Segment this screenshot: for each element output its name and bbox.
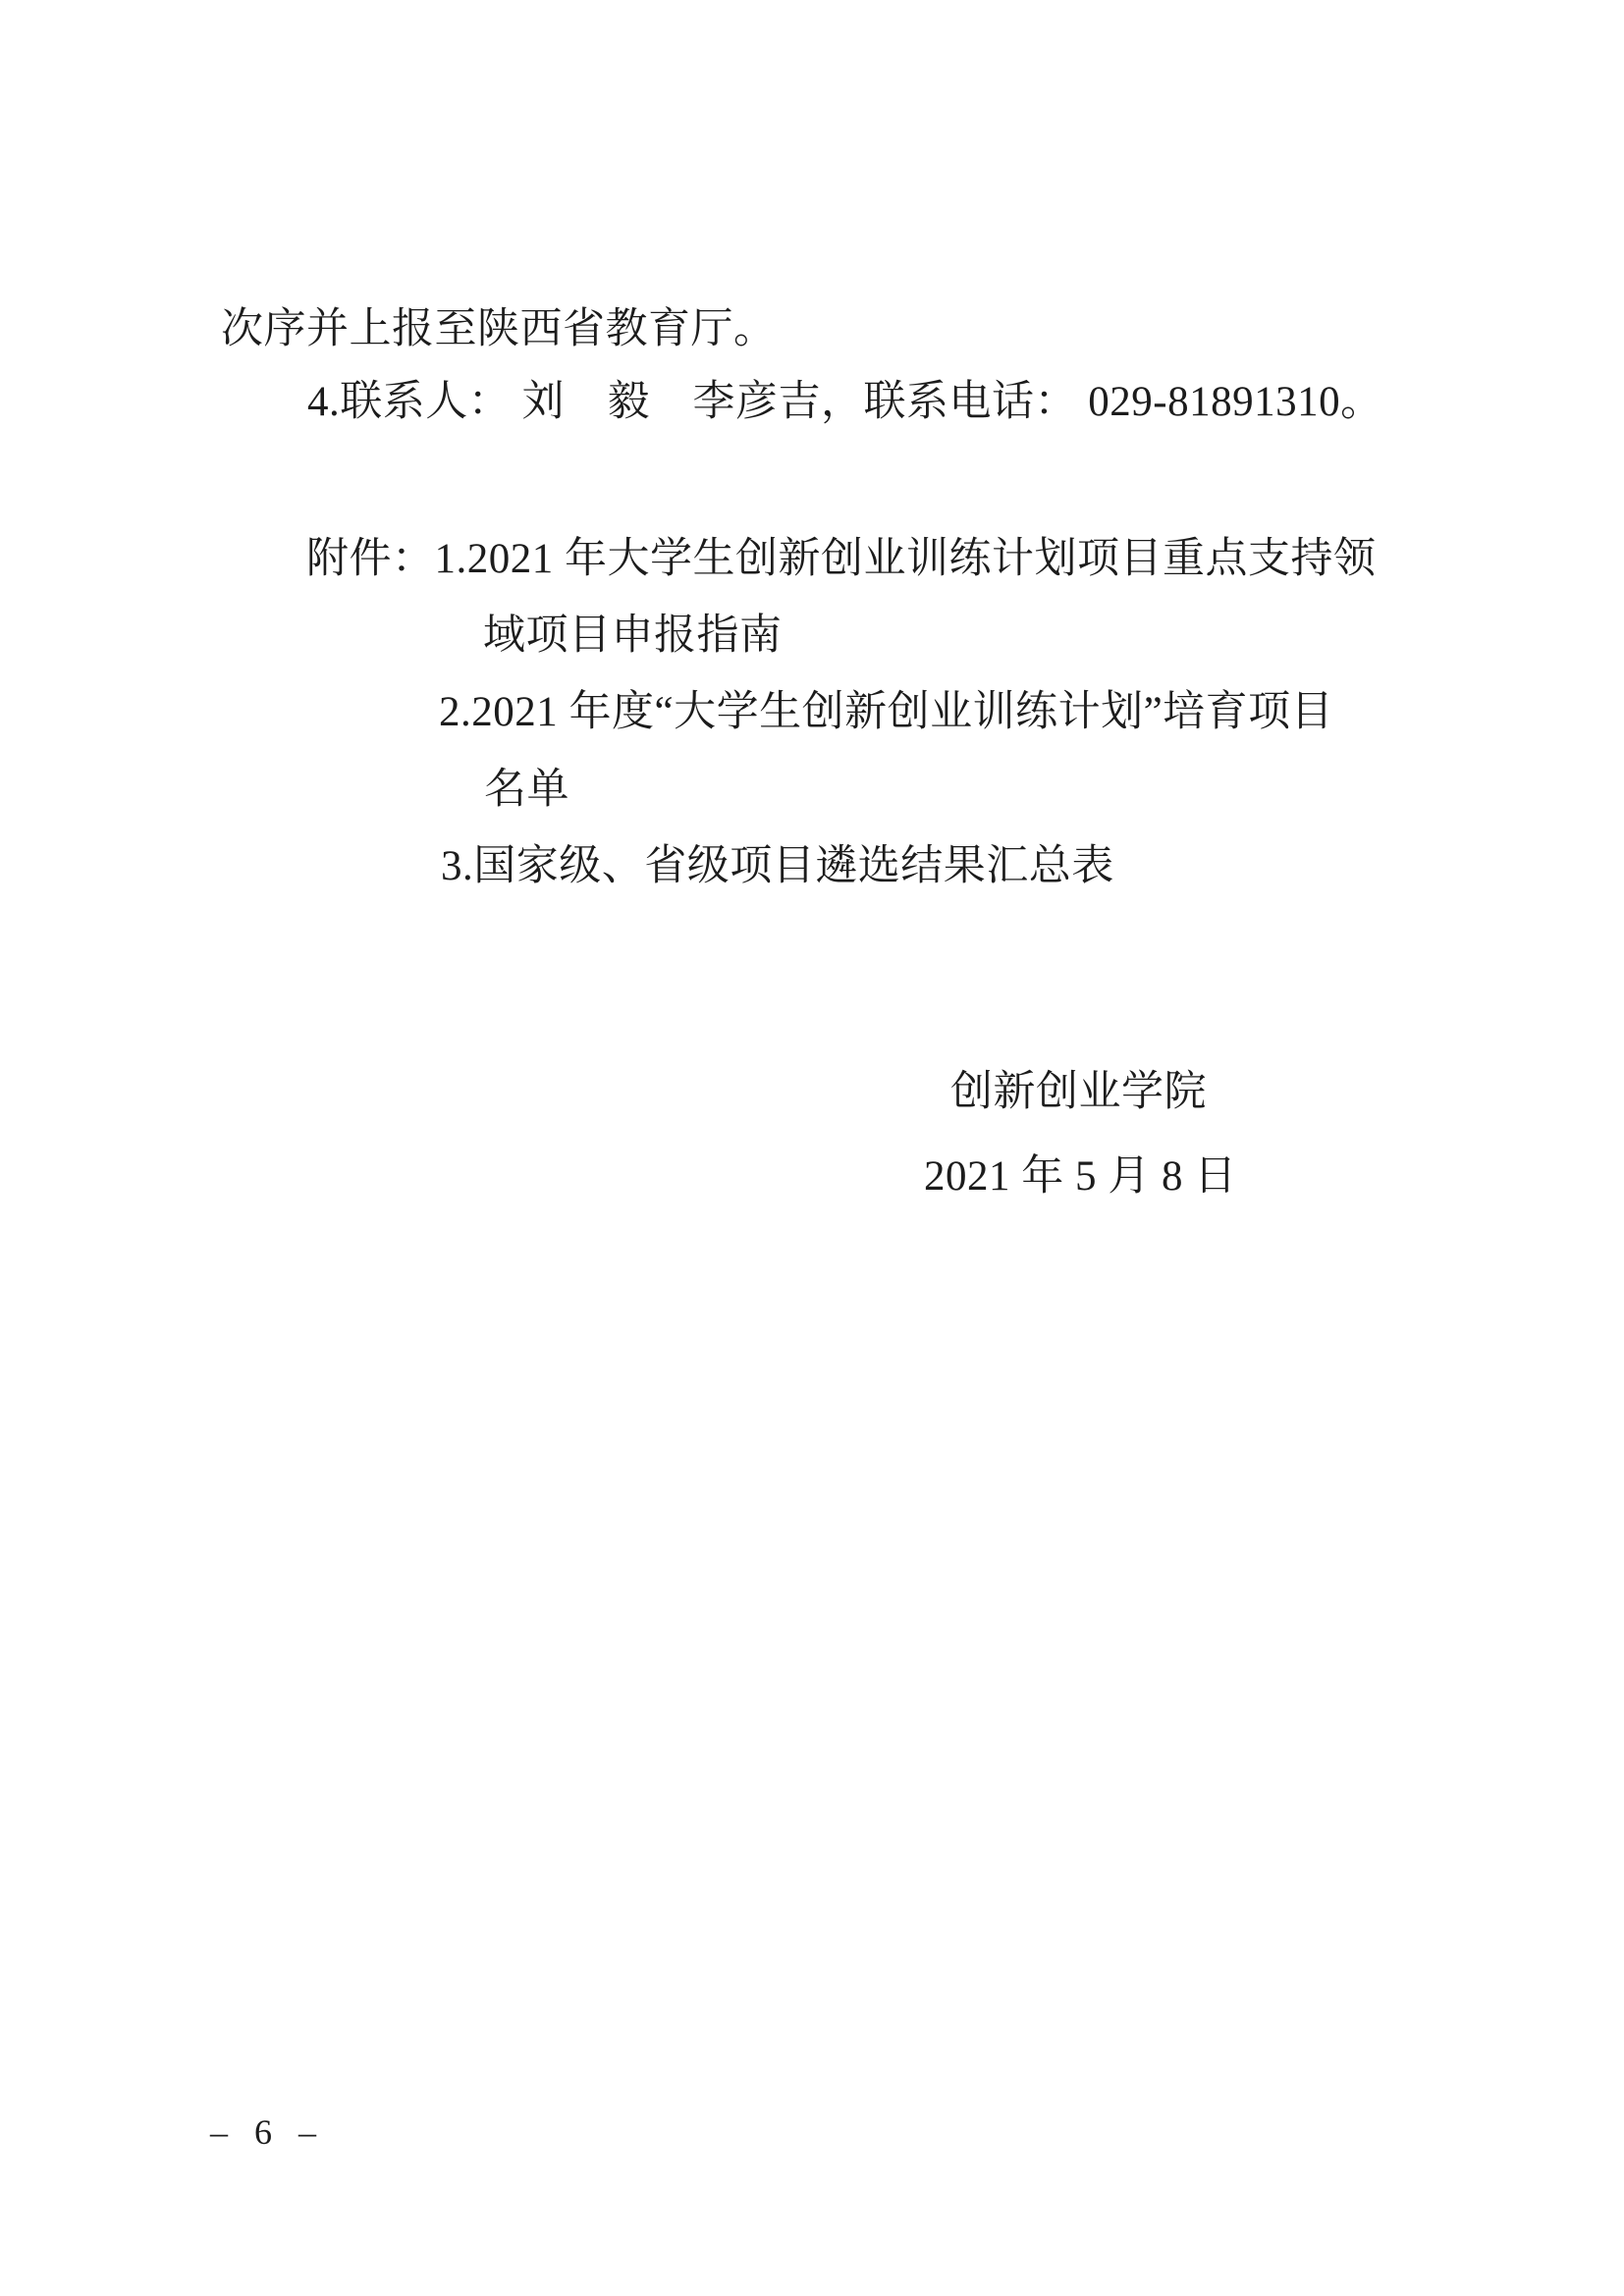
page-number: – 6 – [210,2110,325,2154]
contact-line: 4.联系人： 刘 毅 李彦吉，联系电话： 029-81891310。 [307,373,1383,432]
body-closing-line: 次序并上报至陕西省教育厅。 [221,300,777,359]
attachment-item-1-line-2: 域项目申报指南 [483,607,783,666]
attachment-item-1-line-1: 1.2021 年大学生创新创业训练计划项目重点支持领 [435,536,1377,582]
attachment-first-line: 附件：1.2021 年大学生创新创业训练计划项目重点支持领 [306,530,1377,589]
attachment-item-3-line-1: 3.国家级、省级项目遴选结果汇总表 [441,837,1114,896]
document-page: 次序并上报至陕西省教育厅。 4.联系人： 刘 毅 李彦吉，联系电话： 029-8… [0,0,1624,2296]
attachment-item-2-line-2: 名单 [484,761,569,820]
attachment-label: 附件： [306,536,435,582]
signature-organization: 创新创业学院 [950,1063,1207,1122]
attachment-item-2-line-1: 2.2021 年度“大学生创新创业训练计划”培育项目 [439,683,1333,742]
signature-date: 2021 年 5 月 8 日 [924,1148,1237,1206]
